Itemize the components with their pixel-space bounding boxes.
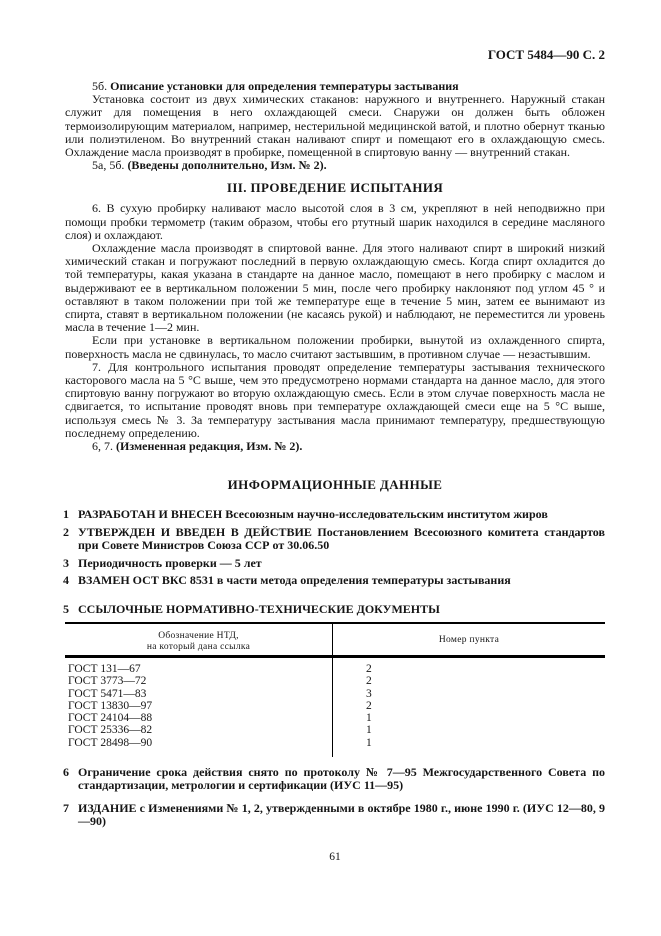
table-row-point: 3 [366,688,605,700]
info-item-4: 4 ВЗАМЕН ОСТ ВКС 8531 в части метода опр… [65,574,605,588]
table-header-designation: Обозначение НТД, на который дана ссылка [65,624,333,655]
table-row-doc: ГОСТ 3773—72 [68,675,332,687]
info-item-2-text: УТВЕРЖДЕН И ВВЕДЕН В ДЕЙСТВИЕ Постановле… [78,526,605,553]
table-row-doc: ГОСТ 13830—97 [68,700,332,712]
info-item-5-text: ССЫЛОЧНЫЕ НОРМАТИВНО-ТЕХНИЧЕСКИЕ ДОКУМЕН… [78,603,605,617]
table-body: ГОСТ 131—67 ГОСТ 3773—72 ГОСТ 5471—83 ГО… [65,658,605,756]
info-item-4-text: ВЗАМЕН ОСТ ВКС 8531 в части метода опред… [78,574,605,588]
reference-documents-table: Обозначение НТД, на который дана ссылка … [65,622,605,756]
clause-5b-note: 5а, 5б. (Введены дополнительно, Изм. № 2… [65,159,605,172]
section-iii-paragraph-6: 6. В сухую пробирку наливают масло высот… [65,202,605,242]
page-header: ГОСТ 5484—90 С. 2 [65,48,605,61]
info-item-1-number: 1 [63,508,78,522]
info-item-3: 3 Периодичность проверки — 5 лет [65,557,605,571]
info-data-title: ИНФОРМАЦИОННЫЕ ДАННЫЕ [65,478,605,492]
table-header-row: Обозначение НТД, на который дана ссылка … [65,624,605,658]
info-item-3-number: 3 [63,557,78,571]
section-iii-note-text: (Измененная редакция, Изм. № 2). [116,439,302,453]
section-iii-paragraph-7: 7. Для контрольного испытания проводят о… [65,361,605,440]
table-row-point: 2 [366,675,605,687]
table-row-doc: ГОСТ 5471—83 [68,688,332,700]
section-iii-paragraph-check: Если при установке в вертикальном положе… [65,334,605,360]
table-row-point: 1 [366,724,605,736]
table-row-doc: ГОСТ 28498—90 [68,737,332,749]
info-item-5-number: 5 [63,603,78,617]
table-row-doc: ГОСТ 131—67 [68,663,332,675]
info-item-6: 6 Ограничение срока действия снято по пр… [65,766,605,793]
document-body: 5б. Описание установки для определения т… [65,80,605,863]
table-row-doc: ГОСТ 25336—82 [68,724,332,736]
info-item-7: 7 ИЗДАНИЕ с Изменениями № 1, 2, утвержде… [65,802,605,829]
info-item-6-number: 6 [63,766,78,793]
section-iii-note: 6, 7. (Измененная редакция, Изм. № 2). [65,440,605,453]
info-item-6-text: Ограничение срока действия снято по прот… [78,766,605,793]
info-item-7-number: 7 [63,802,78,829]
section-iii-title: III. ПРОВЕДЕНИЕ ИСПЫТАНИЯ [65,181,605,195]
table-header-point-number: Номер пункта [333,624,605,655]
clause-5b-note-number: 5а, 5б. [92,158,124,172]
table-row-point: 1 [366,712,605,724]
clause-5b-paragraph: Установка состоит из двух химических ста… [65,93,605,159]
page-number: 61 [65,851,605,863]
info-item-3-text: Периодичность проверки — 5 лет [78,557,605,571]
info-item-2: 2 УТВЕРЖДЕН И ВВЕДЕН В ДЕЙСТВИЕ Постанов… [65,526,605,553]
table-row-point: 2 [366,663,605,675]
clause-5b-title: Описание установки для определения темпе… [110,79,459,93]
info-item-2-number: 2 [63,526,78,553]
section-iii-paragraph-cooling: Охлаждение масла производят в спиртовой … [65,242,605,334]
info-item-1-text: РАЗРАБОТАН И ВНЕСЕН Всесоюзным научно-ис… [78,508,605,522]
info-item-7-text: ИЗДАНИЕ с Изменениями № 1, 2, утвержденн… [78,802,605,829]
table-column-point: 2 2 3 2 1 1 1 [333,658,605,756]
document-page: ГОСТ 5484—90 С. 2 5б. Описание установки… [0,0,661,936]
info-item-4-number: 4 [63,574,78,588]
clause-5b-note-text: (Введены дополнительно, Изм. № 2). [127,158,326,172]
table-row-point: 1 [366,737,605,749]
section-iii-note-number: 6, 7. [92,439,113,453]
info-item-1: 1 РАЗРАБОТАН И ВНЕСЕН Всесоюзным научно-… [65,508,605,522]
table-column-designation: ГОСТ 131—67 ГОСТ 3773—72 ГОСТ 5471—83 ГО… [65,658,333,756]
info-item-5: 5 ССЫЛОЧНЫЕ НОРМАТИВНО-ТЕХНИЧЕСКИЕ ДОКУМ… [65,603,605,617]
table-row-doc: ГОСТ 24104—88 [68,712,332,724]
clause-5b-number: 5б. [92,79,107,93]
table-row-point: 2 [366,700,605,712]
